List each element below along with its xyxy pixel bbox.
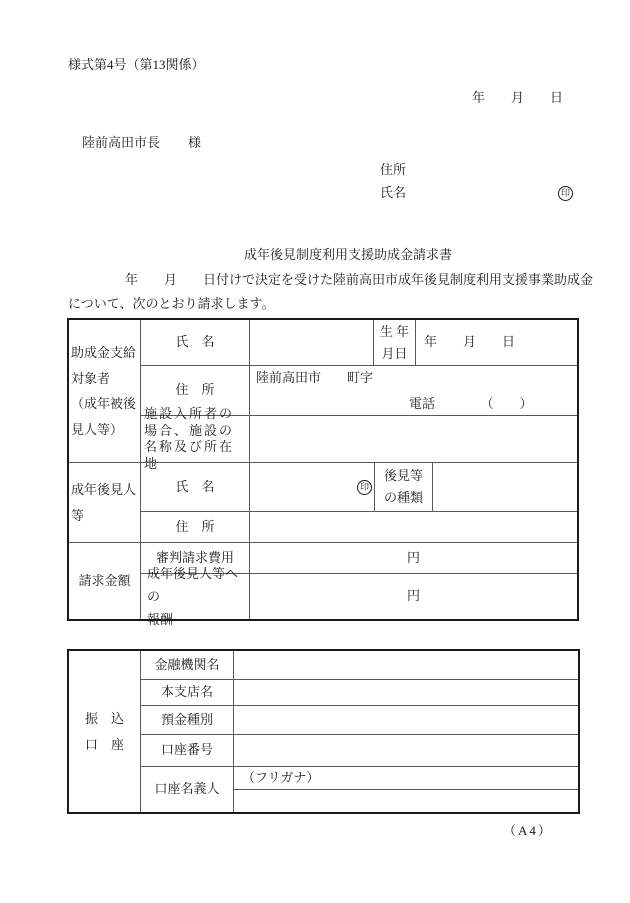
bank-row: 預金種別 (141, 705, 578, 734)
deposit-type-label: 預金種別 (141, 706, 234, 734)
bank-table: 振 込 口 座 金融機関名 本支店名 預金種別 口座番号 (67, 649, 580, 814)
amount-group: 請求金額 審判請求費用 円 成年後見人等への 報酬 円 (69, 542, 577, 619)
recipient-name-row: 氏 名 生 年 月日 年 月 日 (141, 320, 577, 365)
addressee-honorific: 様 (188, 135, 201, 150)
paper-size-note: （A4） (503, 822, 553, 841)
account-number-label: 口座番号 (141, 735, 234, 766)
header-date: 年 月 日 (472, 89, 563, 108)
form-number: 様式第4号（第13関係） (68, 56, 205, 75)
claim-table: 助成金支給対象者 （成年被後見人等） 氏 名 生 年 月日 年 月 日 住 所 … (67, 318, 579, 621)
recipient-group: 助成金支給対象者 （成年被後見人等） 氏 名 生 年 月日 年 月 日 住 所 … (69, 320, 577, 462)
page-title: 成年後見制度利用支援助成金請求書 (244, 246, 452, 265)
bank-institution-value-cell (234, 651, 578, 679)
guardian-group: 成年後見人等 氏 名 印 後見等 の種類 住 所 (69, 462, 577, 542)
account-number-value-cell (234, 735, 578, 766)
guardian-name-value-cell: 印 (250, 463, 375, 511)
guardian-seal-icon: 印 (357, 480, 372, 495)
sender-address-label: 住所 (380, 161, 406, 180)
recipient-group-label: 助成金支給対象者 （成年被後見人等） (69, 320, 141, 462)
guardian-name-row: 氏 名 印 後見等 の種類 (141, 463, 577, 511)
bank-institution-label: 金融機関名 (141, 651, 234, 679)
seal-icon: 印 (558, 186, 573, 201)
recipient-address-value-cell: 陸前高田市 町字 電話 （ ） (250, 366, 577, 415)
guardian-address-label: 住 所 (141, 512, 250, 542)
bank-row: 口座番号 (141, 734, 578, 766)
judgment-cost-unit: 円 (250, 543, 577, 573)
furigana-label: （フリガナ） (234, 767, 578, 790)
reward-unit: 円 (250, 574, 577, 619)
reward-label: 成年後見人等への 報酬 (141, 574, 250, 619)
bank-row: 金融機関名 (141, 651, 578, 679)
recipient-address-line1: 陸前高田市 町字 (256, 365, 577, 391)
bank-row: 本支店名 (141, 679, 578, 705)
birth-date-value: 年 月 日 (416, 320, 577, 365)
guardian-name-label: 氏 名 (141, 463, 250, 511)
addressee: 陸前高田市長 (82, 135, 160, 150)
facility-row: 施設入所者の 場合、施設の 名称及び所在地 (141, 415, 577, 462)
document-page: 様式第4号（第13関係） 年 月 日 陸前高田市長様 住所 氏名 印 成年後見制… (0, 0, 630, 903)
bank-branch-value-cell (234, 680, 578, 705)
account-holder-label: 口座名義人 (141, 767, 234, 812)
body-line2: について、次のとおり請求します。 (68, 295, 274, 314)
bank-group-label: 振 込 口 座 (69, 651, 141, 812)
facility-value-cell (250, 416, 577, 462)
account-holder-value-cell (234, 790, 578, 812)
sender-name-label: 氏名 (380, 184, 406, 203)
body-line1: 年 月 日付けで決定を受けた陸前高田市成年後見制度利用支援事業助成金 (68, 271, 593, 290)
addressee-line: 陸前高田市長様 (82, 134, 201, 153)
reward-row: 成年後見人等への 報酬 円 (141, 573, 577, 619)
amount-group-label: 請求金額 (69, 543, 141, 619)
guardian-address-value-cell (250, 512, 577, 542)
sender-name-line: 氏名 印 (380, 184, 573, 203)
guardianship-type-value-cell (433, 463, 577, 511)
guardianship-type-label: 後見等 の種類 (375, 463, 433, 511)
guardian-group-label: 成年後見人等 (69, 463, 141, 542)
birth-date-label: 生 年 月日 (374, 320, 416, 365)
account-holder-row: 口座名義人 （フリガナ） (141, 766, 578, 812)
recipient-phone-line: 電話 （ ） (256, 391, 577, 417)
recipient-name-label: 氏 名 (141, 320, 250, 365)
bank-branch-label: 本支店名 (141, 680, 234, 705)
facility-label: 施設入所者の 場合、施設の 名称及び所在地 (141, 416, 250, 462)
deposit-type-value-cell (234, 706, 578, 734)
guardian-address-row: 住 所 (141, 511, 577, 542)
recipient-name-value-cell (250, 320, 374, 365)
